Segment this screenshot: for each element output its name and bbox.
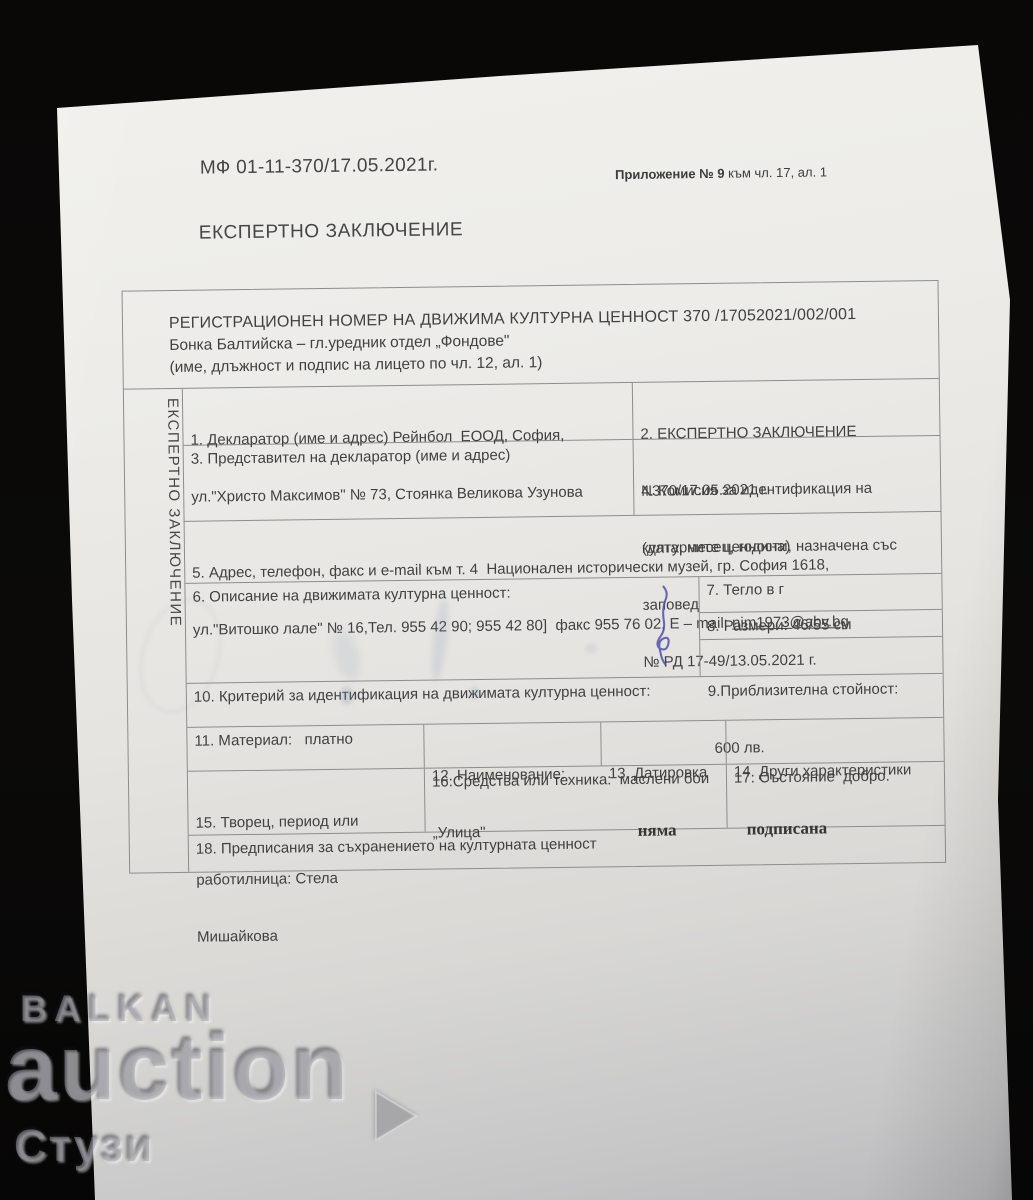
row-creator-technique-condition: 15. Творец, период или работилница: Стел… [188,762,945,836]
field-12-name: 12. Наименование: „Улица" [424,722,602,767]
field-7-weight: 7. Тегло в г [699,574,941,613]
form-body: ЕКСПЕРТНО ЗАКЛЮЧЕНИЕ 1. Декларатор (име … [124,379,945,873]
row-representative: 3. Представител на декларатор (име и адр… [184,436,941,522]
row-description: 6. Описание на движимата културна ценнос… [185,574,942,684]
appendix-article: към чл. 17, ал. 1 [724,164,827,180]
field-8-dimensions: 8. Размери: 46/55 см [700,610,942,640]
appendix-number: Приложение № 9 [615,166,725,182]
faint-stamp-mark [340,687,354,705]
document-content: МФ 01-11-370/17.05.2021г. Приложение № 9… [0,0,1033,1200]
form-rows: 1. Декларатор (име и адрес) Рейнбол ЕООД… [183,379,945,872]
field-17-condition: 17. Състояние добро. [727,762,945,828]
row-address: 5. Адрес, телефон, факс и e-mail към т. … [185,512,942,584]
faint-stamp-mark [470,687,480,699]
field-2-expert-conclusion: 2. ЕКСПЕРТНО ЗАКЛЮЧЕНИЕ N370/17.05.2021 … [633,379,940,439]
document-title: ЕКСПЕРТНО ЗАКЛЮЧЕНИЕ [199,219,464,244]
measurements-stack: 7. Тегло в г 8. Размери: 46/55 см 9.Приб… [699,574,942,676]
appendix-note: Приложение № 9 към чл. 17, ал. 1 [615,164,827,182]
handwritten-signature [647,583,686,669]
row-declarant: 1. Декларатор (име и адрес) Рейнбол ЕООД… [183,379,940,446]
field-4-commission: 4. Комисия за идентификация на културнит… [634,436,941,515]
photo-of-document: { "photo": { "background_color": "#0a090… [0,0,1033,1200]
faint-stamp-mark [585,643,597,653]
registration-number-row: РЕГИСТРАЦИОНЕН НОМЕР НА ДВИЖИМА КУЛТУРНА… [123,281,939,390]
field-13-dating: 13. Датировка няма [601,721,727,766]
document-paper: МФ 01-11-370/17.05.2021г. Приложение № 9… [0,0,1033,1200]
field-16-technique: 16.Средства или техника: маслени бои [425,765,728,832]
field-9-approx-value: 9.Приблизителна стойност: 600 лв. [700,637,942,676]
field-15-creator: 15. Творец, период или работилница: Стел… [188,769,426,835]
field-1-declarant: 1. Декларатор (име и адрес) Рейнбол ЕООД… [183,383,634,445]
document-reference-number: МФ 01-11-370/17.05.2021г. [200,154,439,179]
expert-conclusion-form-table: РЕГИСТРАЦИОНЕН НОМЕР НА ДВИЖИМА КУЛТУРНА… [122,280,947,874]
field-3-representative: 3. Представител на декларатор (име и адр… [184,440,635,521]
field-5-address-contacts: 5. Адрес, телефон, факс и e-mail към т. … [185,512,942,583]
field-11-material: 11. Материал: платно [187,725,425,771]
field-14-other-characteristics: 14. Други характеристики подписана [726,718,944,764]
